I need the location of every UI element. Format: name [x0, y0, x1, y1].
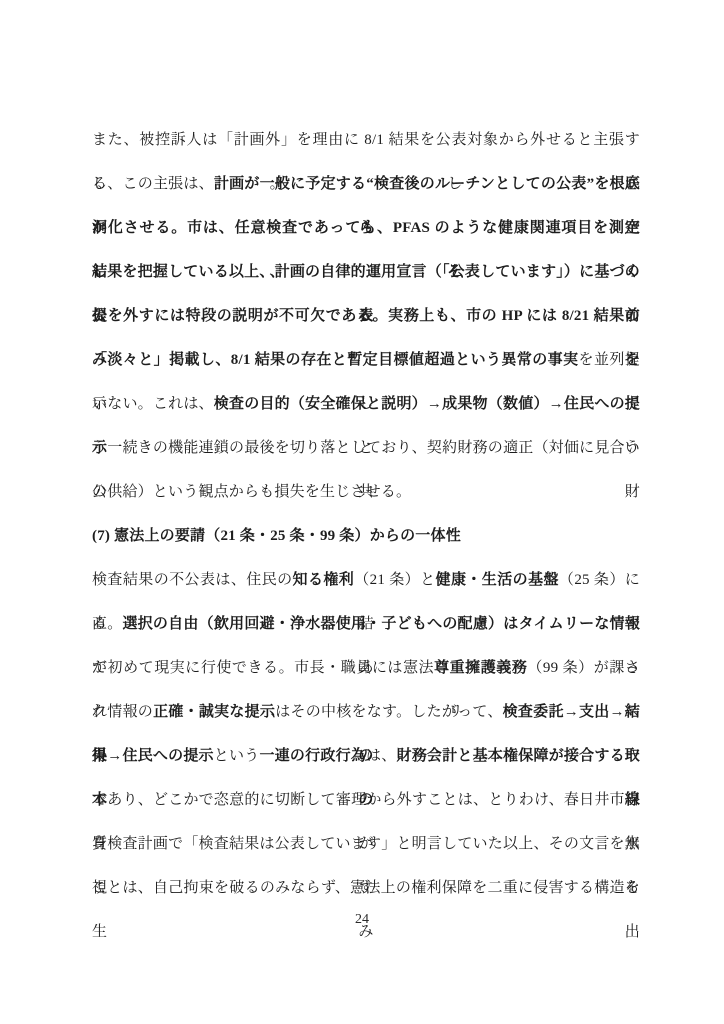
text-line: て初めて現実に行使できる。市長・職員には憲法尊重擁護義務（99 条）が課され、リ… — [92, 646, 640, 690]
document-page: また、被控訴人は「計画外」を理由に 8/1 結果を公表対象から外せると主張する。… — [0, 0, 724, 1024]
body-text: ク情報の — [92, 704, 153, 720]
body-text: の供給）という観点からも損失を生じさせる。 — [92, 484, 411, 500]
text-line: 検査結果の不公表は、住民の知る権利（21 条）と健康・生活の基盤（25 条）に直… — [92, 558, 640, 602]
text-line: う一続きの機能連鎖の最後を切り落としており、契約財務の適正（対価に見合う公共財 — [92, 426, 640, 470]
text-line: 質検査計画で「検査結果は公表しています」と明言していた以上、その文言を無視する — [92, 822, 640, 866]
emphasis-text: 得→住民への提示 — [92, 748, 214, 764]
emphasis-text: 正確・誠実な提示 — [153, 704, 275, 720]
body-text: て初めて現実に行使できる。市長・職員には憲法 — [92, 660, 434, 676]
emphasis-text: 尊重擁護義務 — [434, 660, 527, 676]
text-line: であり、どこかで恣意的に切断して審理から外すことは、とりわけ、春日井市自身が水 — [92, 778, 640, 822]
text-line: ク情報の正確・誠実な提示はその中核をなす。したがって、検査委託→支出→結果の取 — [92, 690, 640, 734]
emphasis-text: (7) 憲法上の要請（21 条・25 条・99 条）からの一体性 — [92, 528, 461, 544]
text-line: し、この主張は、計画が一般に予定する“検査後のルーチンとしての公表”を根底から空 — [92, 162, 640, 206]
document-body: また、被控訴人は「計画外」を理由に 8/1 結果を公表対象から外せると主張する。… — [92, 118, 640, 910]
body-text: はその中核をなす。したがって、 — [275, 704, 502, 720]
section-heading: (7) 憲法上の要請（21 条・25 条・99 条）からの一体性 — [92, 514, 640, 558]
emphasis-text: 選択の自由（飲用回避・浄水器使用・子どもへの配慮）はタイムリーな情報 — [122, 616, 640, 632]
body-text: し、この主張は、 — [92, 176, 214, 192]
body-text: いない。これは、 — [92, 396, 214, 412]
text-line: また、被控訴人は「計画外」を理由に 8/1 結果を公表対象から外せると主張する。… — [92, 118, 640, 162]
text-line: ことは、自己拘束を破るのみならず、憲法上の権利保障を二重に侵害する構造を生み出 — [92, 866, 640, 910]
emphasis-text: 「淡々と」掲載し、8/1 結果の存在と暫定目標値超過という異常の事実 — [92, 352, 579, 368]
emphasis-text: 知る権利 — [293, 572, 355, 588]
body-text: 検査結果の不公表は、住民の — [92, 572, 293, 588]
text-line: 洞化させる。市は、任意検査であっても、PFAS のような健康関連項目を測定し、そ… — [92, 206, 640, 250]
text-line: 得→住民への提示という一連の行政行為は、財務会計と基本権保障が接合する一本の線 — [92, 734, 640, 778]
body-text: （21 条）と — [354, 572, 435, 588]
text-line: 「淡々と」掲載し、8/1 結果の存在と暫定目標値超過という異常の事実を並列提示し… — [92, 338, 640, 382]
emphasis-text: 一連の行政行為 — [259, 748, 366, 764]
emphasis-text: 健康・生活の基盤 — [436, 572, 559, 588]
text-line: 提を外すには特段の説明が不可欠である。実務上も、市の HP には 8/21 結果… — [92, 294, 640, 338]
page-number: 24 — [0, 906, 724, 934]
body-text: る。 — [92, 616, 122, 632]
body-text: という — [214, 748, 260, 764]
text-line: 結果を把握している以上、計画の自律的運用宣言（「公表しています」）に基づく公表前 — [92, 250, 640, 294]
body-text: は、 — [366, 748, 396, 764]
text-line: いない。これは、検査の目的（安全確保と説明）→成果物（数値）→住民への提示とい — [92, 382, 640, 426]
text-line: る。選択の自由（飲用回避・浄水器使用・子どもへの配慮）はタイムリーな情報があっ — [92, 602, 640, 646]
